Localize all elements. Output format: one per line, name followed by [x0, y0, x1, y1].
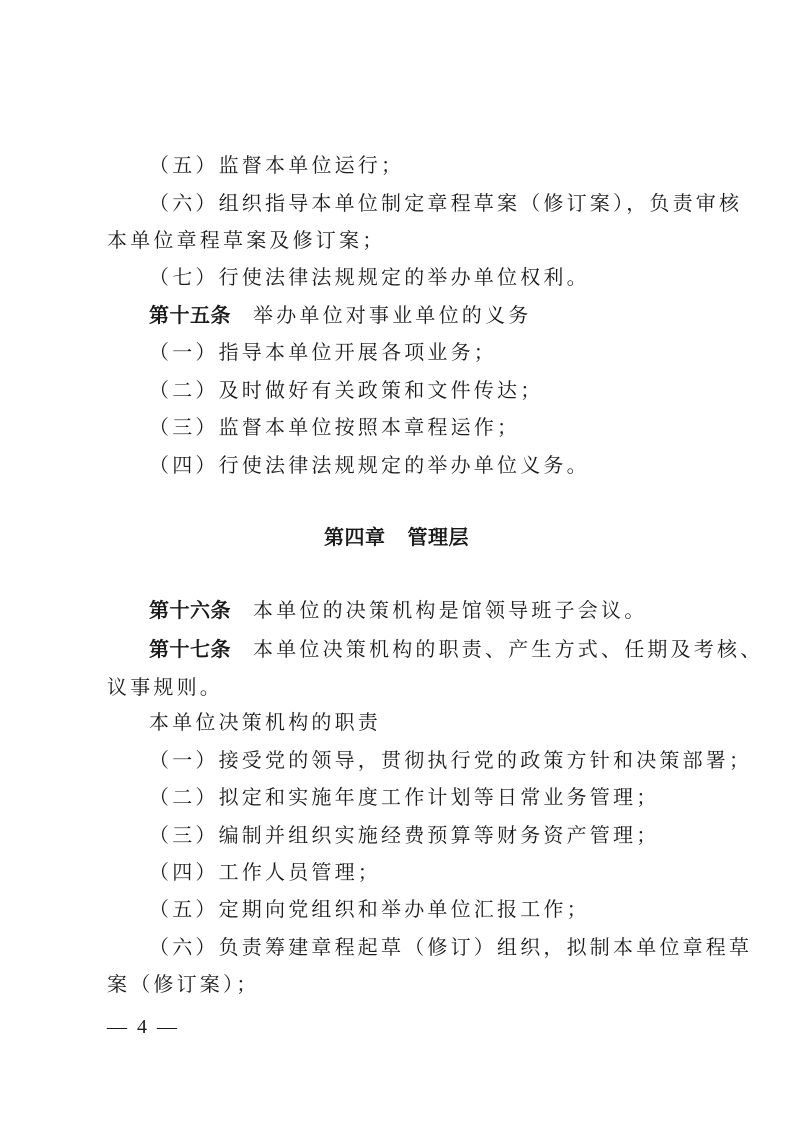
duty-3: （三）监督本单位按照本章程运作；	[149, 415, 689, 439]
clause-7-rights: （七）行使法律法规规定的举办单位权利。	[149, 265, 689, 289]
responsibilities-heading: 本单位决策机构的职责	[149, 710, 689, 734]
article-17-continuation: 议事规则。	[107, 675, 689, 699]
article-15-title: 第十五条	[149, 303, 231, 327]
duty-1: （一）指导本单位开展各项业务；	[149, 340, 689, 364]
responsibility-6-continuation: 案（修订案）；	[107, 972, 689, 996]
article-15-text: 举办单位对事业单位的义务	[253, 303, 531, 327]
chapter-number: 第四章	[324, 525, 386, 549]
article-16: 第十六条本单位的决策机构是馆领导班子会议。	[149, 598, 689, 622]
document-page: （五）监督本单位运行； （六）组织指导本单位制定章程草案（修订案），负责审核 本…	[0, 0, 793, 1122]
clause-5-supervise: （五）监督本单位运行；	[149, 153, 689, 177]
clause-6-charter: （六）组织指导本单位制定章程草案（修订案），负责审核	[149, 191, 689, 215]
responsibility-4: （四）工作人员管理；	[149, 860, 689, 884]
article-17-title: 第十七条	[149, 637, 231, 661]
article-16-title: 第十六条	[149, 598, 231, 622]
article-17: 第十七条本单位决策机构的职责、产生方式、任期及考核、	[149, 637, 689, 661]
duty-2: （二）及时做好有关政策和文件传达；	[149, 378, 689, 402]
chapter-heading: 第四章管理层	[0, 525, 793, 549]
responsibility-3: （三）编制并组织实施经费预算等财务资产管理；	[149, 823, 689, 847]
responsibility-5: （五）定期向党组织和举办单位汇报工作；	[149, 897, 689, 921]
article-17-text: 本单位决策机构的职责、产生方式、任期及考核、	[253, 637, 763, 661]
responsibility-1: （一）接受党的领导，贯彻执行党的政策方针和决策部署；	[149, 748, 689, 772]
article-16-text: 本单位的决策机构是馆领导班子会议。	[253, 598, 647, 622]
article-15: 第十五条举办单位对事业单位的义务	[149, 303, 689, 327]
responsibility-6: （六）负责筹建章程起草（修订）组织，拟制本单位章程草	[149, 935, 689, 959]
chapter-title: 管理层	[408, 525, 470, 549]
duty-4: （四）行使法律法规规定的举办单位义务。	[149, 453, 689, 477]
page-number: — 4 —	[107, 1015, 177, 1039]
clause-6-continuation: 本单位章程草案及修订案；	[107, 228, 689, 252]
responsibility-2: （二）拟定和实施年度工作计划等日常业务管理；	[149, 785, 689, 809]
